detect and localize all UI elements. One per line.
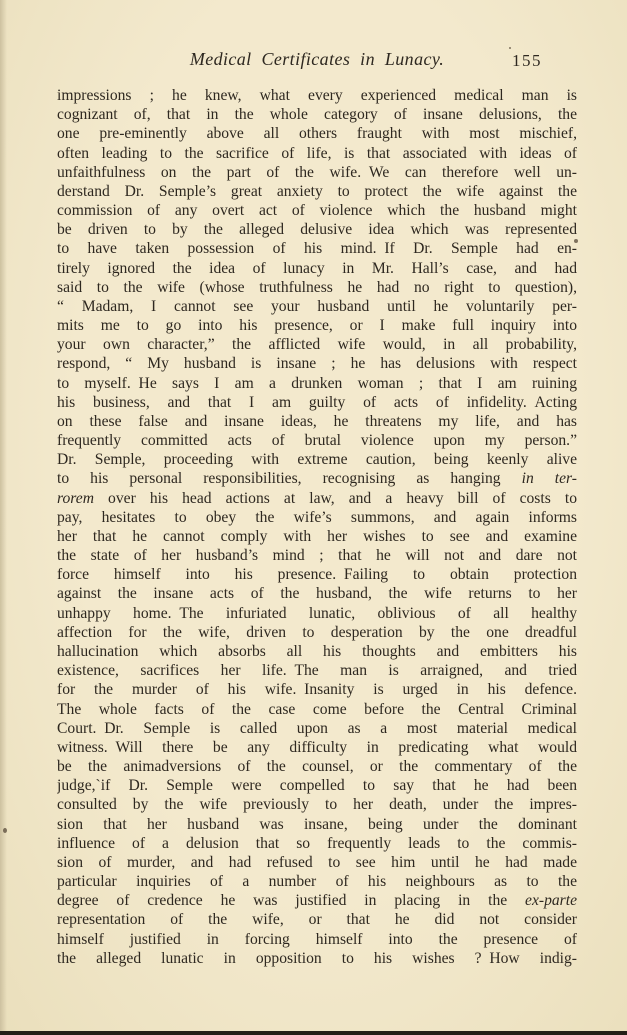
book-page: Medical Certificates in Lunacy. 155 impr… [0,0,627,1035]
text-line: to have taken possession of his mind. If… [57,239,577,258]
body-text: impressions ; he knew, what every experi… [57,86,577,968]
text-line: derstand Dr. Semple’s great anxiety to p… [57,182,577,201]
page-number: 155 [512,51,542,71]
text-line: Dr. Semple, proceeding with extreme caut… [57,450,577,469]
text-line: particular inquiries of a number of his … [57,872,577,891]
text-line: her that he cannot comply with her wishe… [57,527,577,546]
page-header: Medical Certificates in Lunacy. 155 [57,49,577,75]
scan-speck [509,47,511,49]
text-line: his business, and that I am guilty of ac… [57,393,577,412]
text-line: pay, hesitates to obey the wife’s summon… [57,508,577,527]
text-line: to his personal responsibilities, recogn… [57,469,577,488]
text-line: be the animadversions of the counsel, or… [57,757,577,776]
text-line: consulted by the wife previously to her … [57,795,577,814]
text-line: against the insane acts of the husband, … [57,584,577,603]
running-title: Medical Certificates in Lunacy. [57,49,577,70]
text-line: be driven to by the alleged delusive ide… [57,220,577,239]
text-line: mits me to go into his presence, or I ma… [57,316,577,335]
text-line: sion that her husband was insane, being … [57,815,577,834]
text-line: cognizant of, that in the whole category… [57,105,577,124]
text-line: unfaithfulness on the part of the wife. … [57,163,577,182]
text-line: the alleged lunatic in opposition to his… [57,949,577,968]
text-line: unhappy home. The infuriated lunatic, ob… [57,604,577,623]
text-line: force himself into his presence. Failing… [57,565,577,584]
scan-speck [574,239,578,243]
text-line: sion of murder, and had refused to see h… [57,853,577,872]
text-line: to myself. He says I am a drunken woman … [57,374,577,393]
text-line: frequently committed acts of brutal viol… [57,431,577,450]
text-line: tirely ignored the idea of lunacy in Mr.… [57,259,577,278]
text-line: impressions ; he knew, what every experi… [57,86,577,105]
text-line: for the murder of his wife. Insanity is … [57,680,577,699]
text-line: respond, “ My husband is insane ; he has… [57,354,577,373]
text-line: often leading to the sacrifice of life, … [57,144,577,163]
scan-speck [3,828,7,833]
text-line: influence of a delusion that so frequent… [57,834,577,853]
text-line: hallucination which absorbs all his thou… [57,642,577,661]
page-bottom-edge [0,1031,627,1035]
text-line: on these false and insane ideas, he thre… [57,412,577,431]
text-line: one pre-eminently above all others fraug… [57,124,577,143]
text-line: The whole facts of the case come before … [57,700,577,719]
text-line: witness. Will there be any difficulty in… [57,738,577,757]
text-line: degree of credence he was justified in p… [57,891,577,910]
text-line: himself justified in forcing himself int… [57,930,577,949]
text-line: said to the wife (whose truthfulness he … [57,278,577,297]
text-line: judge,`if Dr. Semple were compelled to s… [57,776,577,795]
text-line: existence, sacrifices her life. The man … [57,661,577,680]
text-line: Court. Dr. Semple is called upon as a mo… [57,719,577,738]
text-line: rorem over his head actions at law, and … [57,489,577,508]
page-left-edge-shadow [0,0,7,1035]
text-line: “ Madam, I cannot see your husband until… [57,297,577,316]
text-line: the state of her husband’s mind ; that h… [57,546,577,565]
text-line: affection for the wife, driven to desper… [57,623,577,642]
text-line: representation of the wife, or that he d… [57,910,577,929]
text-line: commission of any overt act of violence … [57,201,577,220]
text-line: your own character,” the afflicted wife … [57,335,577,354]
